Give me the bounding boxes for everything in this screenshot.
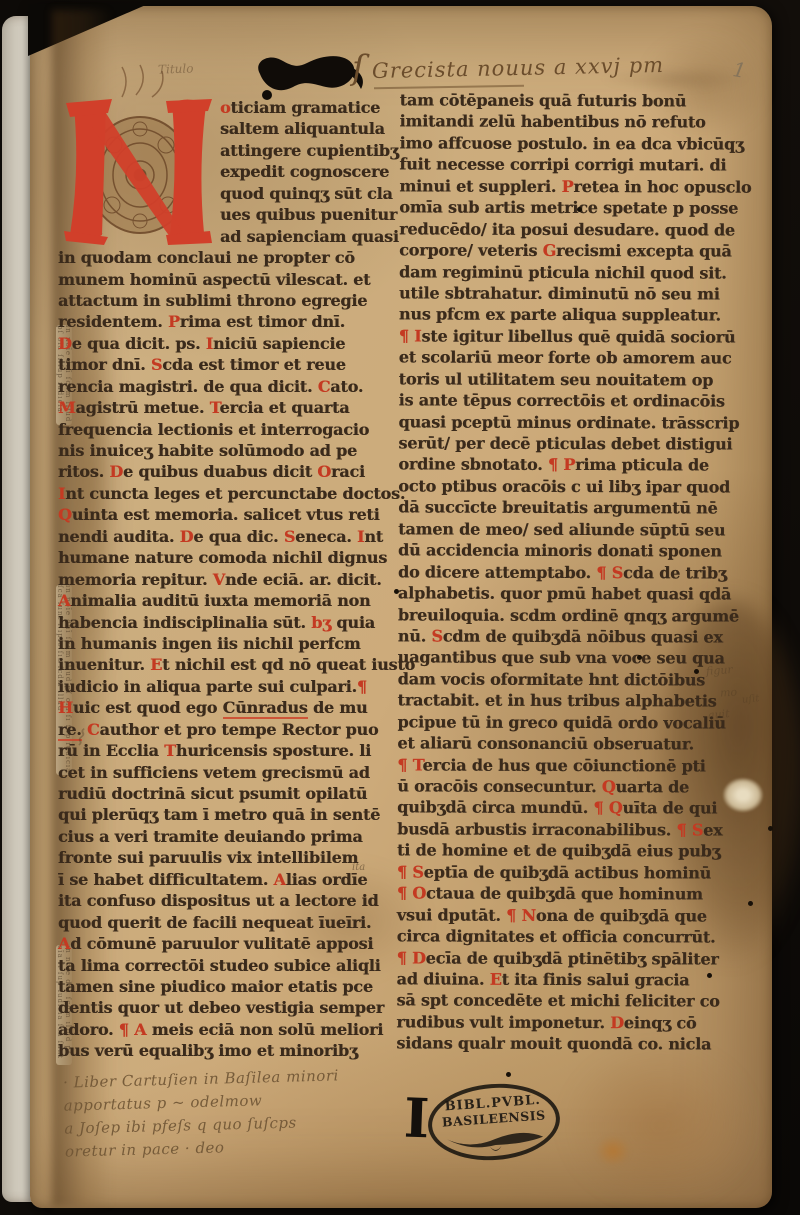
- ink-text: quibʒdā circa mundū.: [397, 798, 593, 818]
- ink-text: a Joſep ibi pfeſs q quo ſuſcps: [64, 1114, 297, 1138]
- manuscript-line: residentem. Prima est timor dnī.: [58, 311, 400, 332]
- ink-text: dentis quor ut debeo vestigia semper: [58, 998, 384, 1017]
- ink-text: fronte sui paruulis vix intellibilem: [58, 848, 358, 867]
- ink-text: e qua dic.: [193, 527, 283, 546]
- ink-text: attactum in sublimi throno egregie: [58, 291, 367, 310]
- rubric: S: [284, 527, 295, 546]
- manuscript-line: re. Cauthor et pro tempe Rector puo: [58, 719, 400, 740]
- exlibris-inscription: · Liber Cartuſien in Baſilea minoriappor…: [63, 1064, 341, 1163]
- ink-text: breuiloquia. scdm ordinē qnqʒ argumē: [398, 605, 739, 625]
- rubric: A: [58, 934, 70, 953]
- manuscript-line: ad diuina. Et ita finis salui gracia: [397, 968, 745, 991]
- ink-text: nde eciā. ar. dicit.: [225, 570, 382, 589]
- ink-text: quia: [331, 613, 375, 632]
- ink-text: cda est timor et reue: [162, 355, 345, 374]
- ink-text: agistrū metue.: [76, 398, 210, 417]
- ink-text: ste igitur libellus quē quidā sociorū: [421, 326, 735, 346]
- rubric: ¶: [596, 563, 606, 582]
- ink-text: rima est timor dnī.: [180, 312, 345, 331]
- ink-text: residentem.: [58, 312, 168, 331]
- ink-text: ercia de hus que cōiunctionē pti: [423, 755, 706, 775]
- rubric: D: [180, 527, 194, 546]
- ink-text: t ita finis salui gracia: [502, 970, 690, 990]
- ink-speck: [748, 901, 753, 906]
- ink-text: cius a veri tramite deuiando prima: [58, 827, 363, 846]
- rubric: bʒ: [311, 613, 331, 632]
- rubric: V: [213, 570, 225, 589]
- pen-flourish: ſ: [352, 48, 365, 88]
- rubric: C: [87, 720, 100, 739]
- rubric: O: [412, 884, 426, 903]
- ink-text: retea in hoc opusclo: [573, 177, 751, 197]
- rubric: S: [151, 355, 162, 374]
- manuscript-line: serūt/ per decē pticulas debet distigui: [398, 432, 746, 455]
- ink-text: attingere cupientibʒ: [220, 141, 399, 160]
- manuscript-line: omīa sub artis metrice spetate p posse: [399, 197, 747, 220]
- ink-text: imo affcuose postulo. in ea dca vbicūqʒ: [399, 133, 743, 153]
- ink-text: rudibus vult imponetur.: [396, 1012, 610, 1032]
- manuscript-line: sā spt concedēte et michi feliciter co: [396, 990, 744, 1013]
- rubric: ¶: [357, 677, 367, 696]
- ink-text: uīta de qui: [622, 799, 717, 818]
- rubric: ¶: [593, 799, 603, 818]
- ink-text: ti de homine et de quibʒdā eius pubʒ: [397, 841, 720, 861]
- rubric: G: [543, 241, 557, 260]
- manuscript-line: iudicio in aliqua parte sui culpari.¶: [58, 676, 400, 697]
- ink-text: cdm de quibʒdā nōibus quasi ex: [443, 626, 723, 646]
- manuscript-line: ti de homine et de quibʒdā eius pubʒ: [397, 840, 745, 863]
- ink-text: pcipue tū in greco quidā ordo vocaliū: [397, 712, 725, 732]
- manuscript-line: De qua dicit. ps. Iniciū sapiencie: [58, 333, 400, 354]
- manuscript-line: ¶ Decīa de quibʒdā ptinētibʒ spāliter: [397, 947, 745, 970]
- manuscript-line: uagantibus que sub vna voce seu qua: [398, 647, 746, 670]
- ink-text: sā spt concedēte et michi feliciter co: [396, 991, 719, 1011]
- manuscript-line: vsui dputāt. ¶ Nona de quibʒdā que: [397, 904, 745, 927]
- rubric: T: [210, 398, 220, 417]
- manuscript-line: tamen sine piudico maior etatis pce: [58, 976, 400, 997]
- ink-text: corpore/ veteris: [399, 240, 543, 260]
- manuscript-line: sidans qualr mouit quondā co. nicla: [396, 1033, 744, 1056]
- manuscript-line: octo ptibus oracōis c ui libʒ ipar quod: [398, 475, 746, 498]
- manuscript-line: rudibus vult imponetur. Deinqʒ cō: [396, 1011, 744, 1034]
- manuscript-line: inuenitur. Et nichil est qd nō queat ius…: [58, 654, 400, 675]
- ink-text: recismi excepta quā: [556, 241, 732, 261]
- marginal-note: figur: [706, 663, 734, 678]
- manuscript-line: corpore/ veteris Grecismi excepta quā: [399, 239, 747, 262]
- manuscript-line: cius a veri tramite deuiando prima: [58, 826, 400, 847]
- manuscript-line: dā succīcte breuitatis argumentū nē: [398, 497, 746, 520]
- manuscript-line: reducēdo/ ita posui desudare. quod de: [399, 218, 747, 241]
- ink-text: ctaua de quibʒdā que hominum: [426, 884, 703, 904]
- manuscript-line: ¶ Octaua de quibʒdā que hominum: [397, 883, 745, 906]
- ink-text: humane nature comoda nichil dignus: [58, 548, 387, 567]
- ink-speck: [577, 207, 582, 212]
- marginal-note: uſit: [741, 693, 759, 706]
- ink-text: tamen sine piudico maior etatis pce: [58, 977, 373, 996]
- ink-text: bus verū equalibʒ imo et minoribʒ: [58, 1041, 358, 1060]
- ink-text: uinta est memoria. salicet vtus reti: [72, 505, 380, 524]
- manuscript-line: ita confuso dispositus ut a lectore id: [58, 890, 400, 911]
- ink-text: uic est quod ego: [73, 698, 223, 717]
- manuscript-line: tamen de meo/ sed aliunde sūptū seu: [398, 518, 746, 541]
- ink-text: raci: [331, 462, 365, 481]
- marginal-note: ita: [352, 862, 365, 873]
- ink-text: fuit necesse corripi corrigi mutari. di: [399, 155, 726, 175]
- manuscript-line: Magistrū metue. Tercia et quarta: [58, 397, 400, 418]
- manuscript-line: imitandi zelū habentibus nō refuto: [400, 111, 748, 134]
- ink-text: utile sbtrahatur. diminutū nō seu mi: [399, 283, 720, 303]
- ink-text: munem hominū aspectū vilescat. et: [58, 270, 370, 289]
- manuscript-line: dam regiminū pticula nichil quod sit.: [399, 261, 747, 284]
- ink-text: niciū sapiencie: [213, 334, 345, 353]
- manuscript-line: Quinta est memoria. salicet vtus reti: [58, 504, 400, 525]
- ink-text: toris ul utilitatem seu nouitatem op: [399, 369, 713, 389]
- rubric: Q: [609, 799, 623, 818]
- manuscript-line: munem hominū aspectū vilescat. et: [58, 269, 400, 290]
- manuscript-line: quod querit de facili nequeat īueīri.: [58, 912, 400, 933]
- manuscript-line: nū. Scdm de quibʒdā nōibus quasi ex: [398, 625, 746, 648]
- manuscript-line: in humanis ingen iis nichil perfcm: [58, 633, 400, 654]
- marginal-note: mo: [720, 686, 738, 700]
- rubric: S: [612, 563, 623, 582]
- ink-text: ecīa de quibʒdā ptinētibʒ spāliter: [426, 948, 719, 968]
- rubric: Q: [58, 505, 72, 524]
- manuscript-line: cet in sufficiens vetem grecismū ad: [58, 762, 400, 783]
- manuscript-line: fuit necesse corripi corrigi mutari. di: [399, 154, 747, 177]
- ink-text: circa dignitates et officia concurrūt.: [397, 926, 716, 946]
- rubric: P: [563, 455, 575, 474]
- ink-text: quasi pceptū minus ordinate. trāsscrip: [398, 412, 739, 432]
- rubric: S: [692, 820, 703, 839]
- manuscript-line: frequencia lectionis et interrogacio: [58, 419, 400, 440]
- rubric: A: [58, 591, 70, 610]
- ink-text: rencia magistri. de qua dicit.: [58, 377, 318, 396]
- red-underlined-text: Cūnradus: [223, 698, 308, 719]
- manuscript-line: Ad cōmunē paruulor vulitatē apposi: [58, 933, 400, 954]
- manuscript-line: ritos. De quibus duabus dicit Oraci: [58, 461, 400, 482]
- ink-text: reducēdo/ ita posui desudare. quod de: [399, 219, 735, 239]
- manuscript-line: memoria repitur. Vnde eciā. ar. dicit.: [58, 569, 400, 590]
- manuscript-line: pcipue tū in greco quidā ordo vocaliū: [397, 711, 745, 734]
- rubric: ¶: [397, 884, 407, 903]
- manuscript-line: circa dignitates et officia concurrūt.: [397, 925, 745, 948]
- ink-speck: [394, 589, 399, 594]
- manuscript-line: is ante tēpus correctōis et ordinacōis: [399, 390, 747, 413]
- ink-text: einqʒ cō: [624, 1013, 697, 1032]
- ink-text: dā succīcte breuitatis argumentū nē: [398, 498, 717, 518]
- manuscript-line: Animalia auditū iuxta memoriā non: [58, 590, 400, 611]
- manuscript-line: attactum in sublimi throno egregie: [58, 290, 400, 311]
- manuscript-line: nus pfcm ex parte aliqua suppleatur.: [399, 304, 747, 327]
- ink-text: do dicere attemptabo.: [398, 562, 596, 582]
- ink-text: tractabit. et in hus tribus alphabetis: [398, 691, 717, 711]
- illuminated-initial-N: [62, 93, 212, 247]
- rubric: ¶: [399, 326, 409, 345]
- ink-text: et scolariū meor forte ob amorem auc: [399, 348, 732, 368]
- ink-text: huricensis sposture. li: [176, 741, 371, 760]
- ink-text: cda de tribʒ: [623, 563, 727, 582]
- rubric: D: [58, 334, 72, 353]
- ink-text: inuenitur.: [58, 655, 150, 674]
- manuscript-line: imo affcuose postulo. in ea dca vbicūqʒ: [399, 132, 747, 155]
- rubric: ¶: [548, 455, 558, 474]
- rubric: T: [413, 755, 423, 774]
- ink-text: de mu: [308, 698, 368, 717]
- ink-text: ercia et quarta: [220, 398, 350, 417]
- ink-text: uagantibus que sub vna voce seu qua: [398, 648, 725, 668]
- ink-text: omīa sub artis metrice spetate p posse: [399, 198, 738, 218]
- manuscript-line: humane nature comoda nichil dignus: [58, 547, 400, 568]
- ink-text: eptīa de quibʒdā actibus hominū: [424, 862, 711, 882]
- ink-text: quod querit de facili nequeat īueīri.: [58, 913, 371, 932]
- ink-text: ritos.: [58, 462, 109, 481]
- rubric: o: [220, 98, 230, 117]
- rubric: E: [490, 970, 502, 989]
- manuscript-line: adoro. ¶ A meis eciā non solū meliori: [58, 1019, 400, 1040]
- rubric: M: [58, 398, 76, 417]
- text-column-left: oticiam gramaticesaltem aliquantulaattin…: [58, 97, 400, 1062]
- ink-text: minui et suppleri.: [399, 176, 561, 196]
- manuscript-line: Int cuncta leges et percunctabe doctos.: [58, 483, 400, 504]
- manuscript-line: utile sbtrahatur. diminutū nō seu mi: [399, 282, 747, 305]
- marginal-note: auit: [707, 707, 730, 722]
- ink-text: dam vocis oformitate hnt dictōibus: [398, 669, 705, 689]
- ink-text: nis inuiceʒ habite solūmodo ad pe: [58, 441, 357, 460]
- ink-text: ū oracōis consecuntur.: [397, 776, 602, 796]
- ink-text: is ante tēpus correctōis et ordinacōis: [399, 391, 725, 411]
- rubric: ¶: [506, 905, 516, 924]
- manuscript-line: dū accidencia minoris donati sponen: [398, 540, 746, 563]
- manuscript-line: ¶ Iste igitur libellus quē quidā sociorū: [399, 325, 747, 348]
- ink-text: d cōmunē paruulor vulitatē apposi: [70, 934, 373, 953]
- manuscript-line: do dicere attemptabo. ¶ Scda de tribʒ: [398, 561, 746, 584]
- ink-speck: [637, 655, 642, 660]
- rubric: D: [610, 1013, 624, 1032]
- manuscript-line: rū in Ecclia Thuricensis sposture. li: [58, 740, 400, 761]
- rubric: ¶: [397, 862, 407, 881]
- ink-text: dū accidencia minoris donati sponen: [398, 541, 722, 561]
- ink-text: ato.: [330, 377, 363, 396]
- ink-speck: [707, 973, 712, 978]
- rubric: P: [562, 177, 574, 196]
- ink-text: t nichil est qd nō queat iusto: [162, 655, 415, 674]
- ink-text: nt cuncta leges et percunctabe doctos.: [65, 484, 405, 503]
- ink-text: dam regiminū pticula nichil quod sit.: [399, 262, 727, 282]
- manuscript-line: timor dnī. Scda est timor et reue: [58, 354, 400, 375]
- manuscript-line: quasi pceptū minus ordinate. trāsscrip: [398, 411, 746, 434]
- library-stamp: BIBL.PVBL. BASILEENSIS: [426, 1079, 563, 1164]
- rubric: N: [521, 905, 536, 924]
- rubric: A: [274, 870, 286, 889]
- manuscript-line: qui plerūqʒ tam ī metro quā in sentē: [58, 804, 400, 825]
- rubric: ¶: [119, 1020, 129, 1039]
- manuscript-line: quibʒdā circa mundū. ¶ Quīta de qui: [397, 797, 745, 820]
- ink-text: uarta de: [615, 777, 689, 796]
- ink-text: apportatus p ~ odelmow: [63, 1091, 262, 1114]
- ink-text: tamen de meo/ sed aliunde sūptū seu: [398, 519, 725, 539]
- ink-text: imitandi zelū habentibus nō refuto: [400, 112, 706, 132]
- ink-text: ordine sbnotato.: [398, 455, 548, 475]
- ink-text: rudiū doctrinā sicut psumit opilatū: [58, 784, 367, 803]
- ink-text: nendi audita.: [58, 527, 180, 546]
- ink-text: · Liber Cartuſien in Baſilea minori: [63, 1066, 339, 1091]
- ink-text: serūt/ per decē pticulas debet distigui: [398, 433, 732, 453]
- manuscript-line: tam cōtēpaneis quā futuris bonū: [400, 89, 748, 112]
- marginal-note: ⌇: [73, 726, 85, 752]
- ink-text: busdā arbustis irraconabilibus.: [397, 819, 676, 839]
- ink-text: oretur in pace · deo: [65, 1138, 225, 1160]
- rubric: I: [206, 334, 213, 353]
- ink-text: cet in sufficiens vetem grecismū ad: [58, 763, 370, 782]
- rubric: A: [134, 1020, 146, 1039]
- manuscript-line: fronte sui paruulis vix intellibilem: [58, 847, 400, 868]
- manuscript-line: rudiū doctrinā sicut psumit opilatū: [58, 783, 400, 804]
- ink-speck: [506, 1072, 511, 1077]
- ink-text: ad sapienciam quasi: [220, 227, 399, 246]
- rubric: S: [431, 626, 442, 645]
- manuscript-line: ū oracōis consecuntur. Quarta de: [397, 775, 745, 798]
- manuscript-line: nendi audita. De qua dic. Seneca. Int: [58, 526, 400, 547]
- manuscript-line: bus verū equalibʒ imo et minoribʒ: [58, 1040, 400, 1061]
- manuscript-line: et aliarū consonanciū obseruatur.: [397, 733, 745, 756]
- ink-text: ita confuso dispositus ut a lectore id: [58, 891, 378, 910]
- ink-text: e qua dicit. ps.: [72, 334, 206, 353]
- manuscript-line: rencia magistri. de qua dicit. Cato.: [58, 376, 400, 397]
- ink-text: nimalia auditū iuxta memoriā non: [70, 591, 370, 610]
- rubric: H: [58, 698, 73, 717]
- ink-text: ex: [703, 820, 722, 839]
- manuscript-line: in quodam conclaui ne propter cō: [58, 247, 400, 268]
- manuscript-line: ¶ Septīa de quibʒdā actibus hominū: [397, 861, 745, 884]
- ink-text: octo ptibus oracōis c ui libʒ ipar quod: [398, 476, 730, 496]
- manuscript-line: alphabetis. quor pmū habet quasi qdā: [398, 582, 746, 605]
- rubric: ¶: [397, 948, 407, 967]
- manuscript-line: ta lima correctōi studeo subice aliqli: [58, 955, 400, 976]
- manuscript-line: busdā arbustis irraconabilibus. ¶ Sex: [397, 818, 745, 841]
- ink-text: tam cōtēpaneis quā futuris bonū: [400, 90, 687, 110]
- rubric: D: [412, 948, 426, 967]
- rubric: P: [168, 312, 180, 331]
- ink-text: ta lima correctōi studeo subice aliqli: [58, 956, 381, 975]
- ink-text: nū.: [398, 626, 432, 645]
- ink-text: e quibus duabus dicit: [123, 462, 317, 481]
- rubric: D: [109, 462, 123, 481]
- manuscript-line: breuiloquia. scdm ordinē qnqʒ argumē: [398, 604, 746, 627]
- ink-text: iudicio in aliqua parte sui culpari.: [58, 677, 357, 696]
- ink-text: alphabetis. quor pmū habet quasi qdā: [398, 583, 731, 603]
- ink-text: qui plerūqʒ tam ī metro quā in sentē: [58, 805, 380, 824]
- ink-text: quod quinqʒ sūt cla: [220, 184, 393, 203]
- manuscript-line: et scolariū meor forte ob amorem auc: [399, 347, 747, 370]
- rubric: C: [318, 377, 331, 396]
- ink-speck: [694, 669, 699, 674]
- ink-text: saltem aliquantula: [220, 119, 385, 138]
- ink-text: in humanis ingen iis nichil perfcm: [58, 634, 361, 653]
- ink-text: memoria repitur.: [58, 570, 213, 589]
- ink-text: ī se habet difficultatem.: [58, 870, 274, 889]
- rubric: Q: [602, 777, 616, 796]
- manuscript-line: minui et suppleri. Pretea in hoc opusclo: [399, 175, 747, 198]
- ink-text: vsui dputāt.: [397, 905, 506, 924]
- ink-text: adoro.: [58, 1020, 119, 1039]
- manuscript-line: tractabit. et in hus tribus alphabetis: [398, 690, 746, 713]
- rubric: E: [150, 655, 162, 674]
- manuscript-line: toris ul utilitatem seu nouitatem op: [399, 368, 747, 391]
- manuscript-line: ordine sbnotato. ¶ Prima pticula de: [398, 454, 746, 477]
- manuscript-line: dentis quor ut debeo vestigia semper: [58, 997, 400, 1018]
- ink-text: ues quibus puenitur: [220, 205, 397, 224]
- ink-text: expedit cognoscere: [220, 162, 389, 181]
- rubric: S: [412, 862, 423, 881]
- ink-text: timor dnī.: [58, 355, 151, 374]
- ink-text: ticiam gramatice: [230, 98, 380, 117]
- ink-speck: [768, 826, 773, 831]
- manuscript-line: nis inuiceʒ habite solūmodo ad pe: [58, 440, 400, 461]
- ink-text: ona de quibʒdā que: [536, 906, 707, 926]
- manuscript-photo: ın noīe dnī ſcdm ıllud pſ oīa ſı ſup ıud…: [0, 0, 800, 1215]
- rubric: I: [414, 326, 421, 345]
- text-column-right: tam cōtēpaneis quā futuris bonūimitandi …: [396, 89, 747, 1055]
- ink-text: et aliarū consonanciū obseruatur.: [397, 734, 694, 754]
- ink-text: sidans qualr mouit quondā co. nicla: [396, 1034, 711, 1054]
- ink-text: in quodam conclaui ne propter cō: [58, 248, 355, 267]
- manuscript-line: ¶ Tercia de hus que cōiunctionē pti: [397, 754, 745, 777]
- ink-text: author et pro tempe Rector puo: [100, 720, 379, 739]
- rubric: T: [164, 741, 176, 760]
- manuscript-line: Huic est quod ego Cūnradus de mu: [58, 697, 400, 718]
- ink-text: nt: [364, 527, 383, 546]
- ink-text: ad diuina.: [397, 969, 490, 988]
- ink-text: eneca.: [295, 527, 357, 546]
- ink-text: habencia indisciplinalia sūt.: [58, 613, 311, 632]
- ink-text: rima pticula de: [575, 455, 709, 474]
- manuscript-line: ī se habet difficultatem. Alias ordīe: [58, 869, 400, 890]
- rubric: ¶: [676, 820, 686, 839]
- ink-text: meis eciā non solū meliori: [146, 1020, 383, 1039]
- rubric: O: [317, 462, 331, 481]
- stamp-flourish: [426, 1079, 563, 1164]
- rubric: ¶: [397, 755, 407, 774]
- ink-text: nus pfcm ex parte aliqua suppleatur.: [399, 305, 721, 325]
- ink-text: frequencia lectionis et interrogacio: [58, 420, 369, 439]
- manuscript-line: habencia indisciplinalia sūt. bʒ quia: [58, 612, 400, 633]
